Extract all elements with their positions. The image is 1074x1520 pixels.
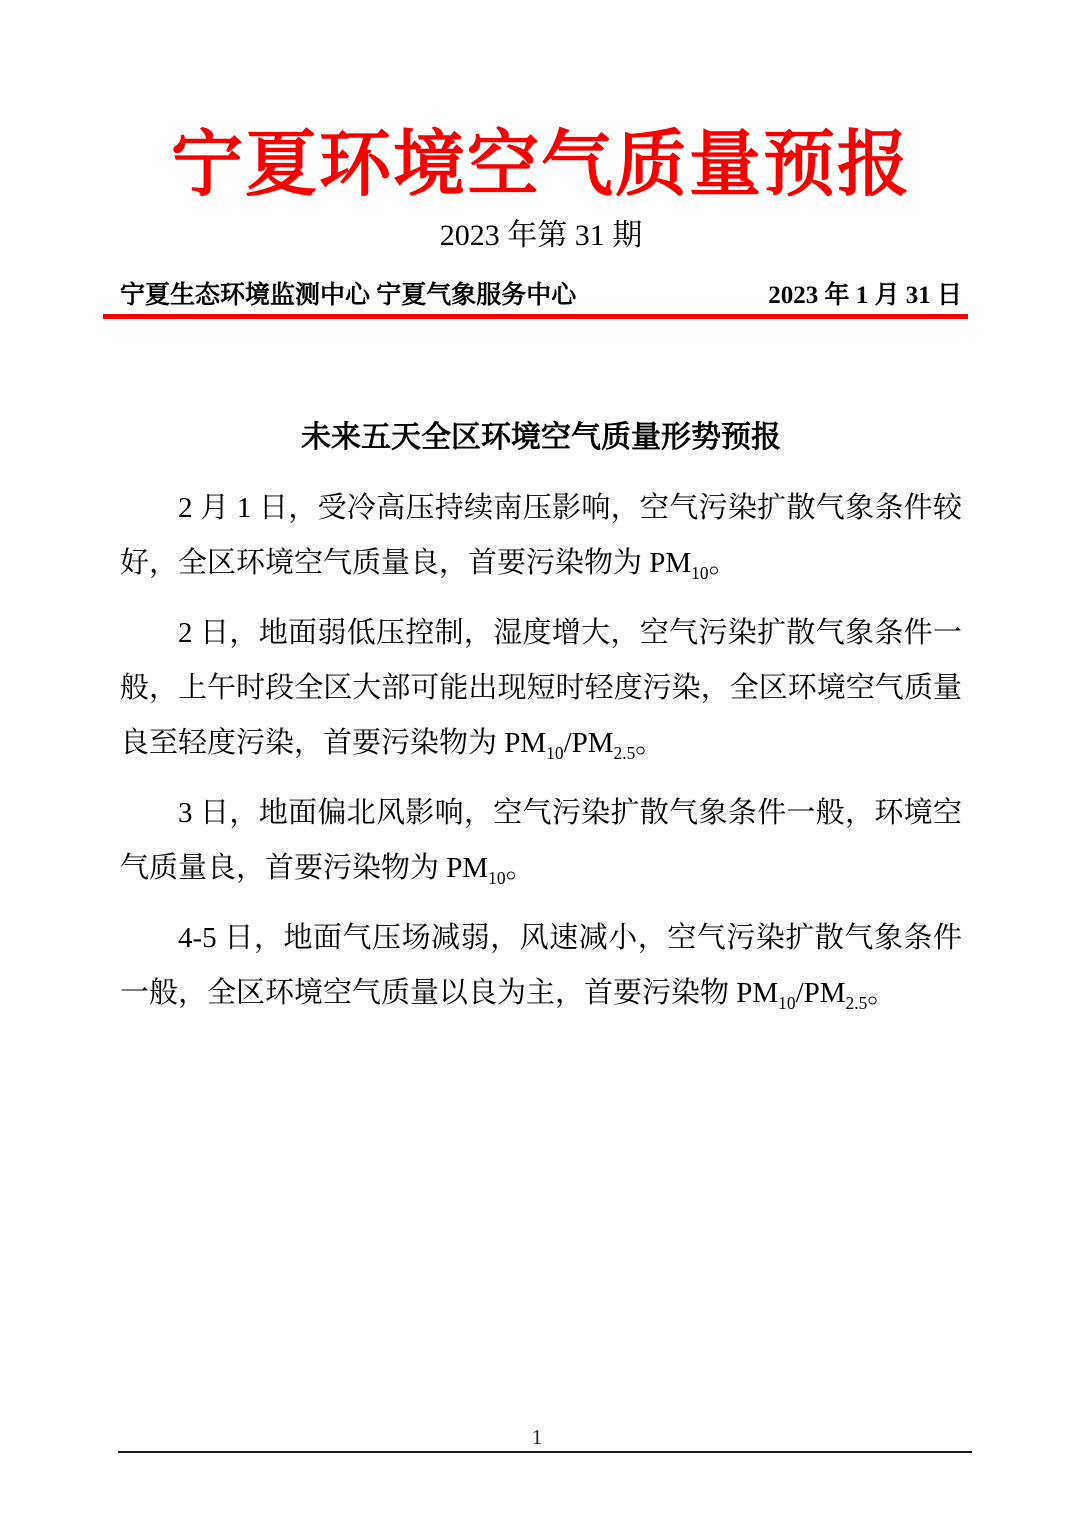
pollutant-subscript: 10: [546, 743, 563, 763]
paragraph-text: /PM: [564, 727, 614, 759]
issuing-agencies: 宁夏生态环境监测中心 宁夏气象服务中心: [120, 280, 576, 312]
forecast-paragraph: 2 日，地面弱低压控制，湿度增大，空气污染扩散气象条件一般，上午时段全区大部可能…: [120, 606, 962, 771]
forecast-paragraph: 2 月 1 日，受冷高压持续南压影响，空气污染扩散气象条件较好，全区环境空气质量…: [120, 481, 962, 591]
masthead-row: 宁夏生态环境监测中心 宁夏气象服务中心 2023 年 1 月 31 日: [120, 280, 962, 312]
forecast-body: 2 月 1 日，受冷高压持续南压影响，空气污染扩散气象条件较好，全区环境空气质量…: [120, 481, 962, 1021]
pollutant-subscript: 10: [488, 868, 505, 888]
paragraph-text: 。: [506, 852, 535, 884]
paragraph-text: 3 日，地面偏北风影响，空气污染扩散气象条件一般，环境空气质量良，首要污染物为 …: [120, 797, 962, 884]
paragraph-text: 2 日，地面弱低压控制，湿度增大，空气污染扩散气象条件一般，上午时段全区大部可能…: [120, 617, 962, 759]
issue-number: 2023 年第 31 期: [120, 218, 962, 254]
pollutant-subscript: 2.5: [846, 993, 868, 1013]
paragraph-text: 2 月 1 日，受冷高压持续南压影响，空气污染扩散气象条件较好，全区环境空气质量…: [120, 492, 962, 579]
paragraph-text: 。: [635, 727, 664, 759]
footer-rule: [118, 1451, 972, 1453]
pollutant-subscript: 10: [691, 563, 708, 583]
section-title: 未来五天全区环境空气质量形势预报: [120, 421, 962, 455]
document-title: 宁夏环境空气质量预报: [120, 128, 962, 202]
document-page: 宁夏环境空气质量预报 2023 年第 31 期 宁夏生态环境监测中心 宁夏气象服…: [0, 0, 1074, 1520]
paragraph-text: /PM: [796, 977, 846, 1009]
forecast-paragraph: 4-5 日，地面气压场减弱，风速减小，空气污染扩散气象条件一般，全区环境空气质量…: [120, 911, 962, 1021]
forecast-paragraph: 3 日，地面偏北风影响，空气污染扩散气象条件一般，环境空气质量良，首要污染物为 …: [120, 786, 962, 896]
header-divider-rule: [103, 314, 968, 319]
paragraph-text: 。: [867, 977, 896, 1009]
pollutant-subscript: 10: [778, 993, 795, 1013]
pollutant-subscript: 2.5: [614, 743, 636, 763]
page-number: 1: [0, 1424, 1074, 1450]
issue-date: 2023 年 1 月 31 日: [768, 280, 962, 312]
paragraph-text: 。: [709, 547, 738, 579]
